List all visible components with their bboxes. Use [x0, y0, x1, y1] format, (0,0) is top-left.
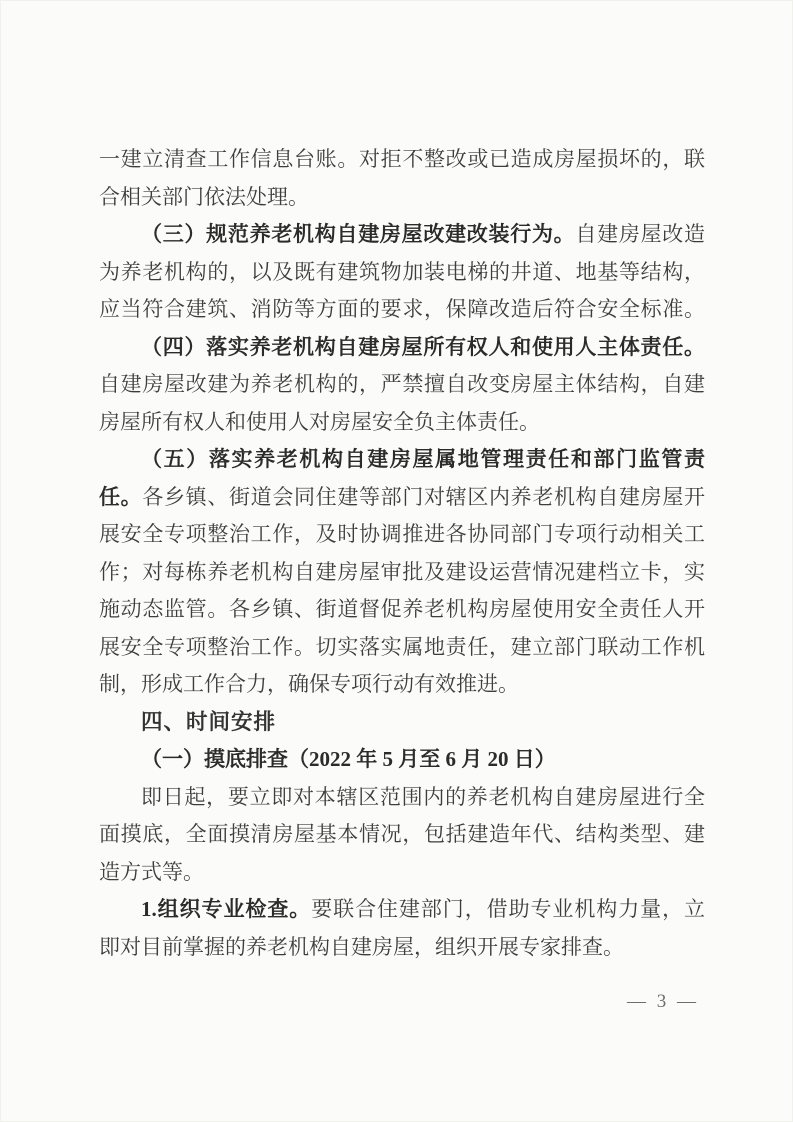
bold-text-segment: （三）规范养老机构自建房屋改建改装行为。: [141, 222, 575, 246]
document-page: 一建立清查工作信息台账。对拒不整改或已造成房屋损坏的，联合相关部门依法处理。（三…: [0, 0, 793, 1122]
text-line: （四）落实养老机构自建房屋所有权人和使用人主体责任。: [99, 329, 705, 367]
bold-text-segment: （一）摸底排查（2022 年 5 月至 6 月 20 日）: [141, 747, 556, 771]
text-segment: 面摸底，全面摸清房屋基本情况，包括建造年代、结构类型、建: [99, 822, 705, 846]
bold-text-segment: （五）落实养老机构自建房屋属地管理责任和部门监管责: [141, 447, 705, 471]
text-segment: 为养老机构的，以及既有建筑物加装电梯的井道、地基等结构，: [99, 260, 705, 284]
text-segment: 展安全专项整治工作。切实落实属地责任，建立部门联动工作机: [99, 635, 705, 659]
text-segment: 即对目前掌握的养老机构自建房屋，组织开展专家排查。: [99, 935, 624, 959]
text-segment: 应当符合建筑、消防等方面的要求，保障改造后符合安全标准。: [99, 297, 705, 321]
text-segment: 要联合住建部门，借助专业机构力量，立: [311, 897, 705, 921]
text-line: 四、时间安排: [99, 704, 705, 742]
text-segment: 造方式等。: [99, 860, 204, 884]
text-line: 即日起，要立即对本辖区范围内的养老机构自建房屋进行全: [99, 779, 705, 817]
text-line: 展安全专项整治工作，及时协调推进各协同部门专项行动相关工: [99, 516, 705, 554]
text-line: 展安全专项整治工作。切实落实属地责任，建立部门联动工作机: [99, 629, 705, 667]
text-line: 施动态监管。各乡镇、街道督促养老机构房屋使用安全责任人开: [99, 591, 705, 629]
text-line: （三）规范养老机构自建房屋改建改装行为。自建房屋改造: [99, 216, 705, 254]
text-segment: 四、时间安排: [141, 710, 276, 735]
text-line: 造方式等。: [99, 854, 705, 892]
text-line: 一建立清查工作信息台账。对拒不整改或已造成房屋损坏的，联: [99, 141, 705, 179]
text-segment: 即日起，要立即对本辖区范围内的养老机构自建房屋进行全: [141, 785, 705, 809]
text-line: 合相关部门依法处理。: [99, 179, 705, 217]
text-line: 即对目前掌握的养老机构自建房屋，组织开展专家排查。: [99, 929, 705, 967]
bold-text-segment: 任。: [99, 485, 142, 509]
bold-text-segment: （四）落实养老机构自建房屋所有权人和使用人主体责任。: [141, 335, 705, 359]
text-line: 制，形成工作合力，确保专项行动有效推进。: [99, 666, 705, 704]
text-segment: 一建立清查工作信息台账。对拒不整改或已造成房屋损坏的，联: [99, 147, 705, 171]
text-line: 作；对每栋养老机构自建房屋审批及建设运营情况建档立卡，实: [99, 554, 705, 592]
text-segment: 展安全专项整治工作，及时协调推进各协同部门专项行动相关工: [99, 522, 705, 546]
text-line: 任。各乡镇、街道会同住建等部门对辖区内养老机构自建房屋开: [99, 479, 705, 517]
text-segment: 合相关部门依法处理。: [99, 185, 309, 209]
text-segment: 作；对每栋养老机构自建房屋审批及建设运营情况建档立卡，实: [99, 560, 705, 584]
text-segment: 各乡镇、街道会同住建等部门对辖区内养老机构自建房屋开: [142, 485, 705, 509]
text-line: 面摸底，全面摸清房屋基本情况，包括建造年代、结构类型、建: [99, 816, 705, 854]
text-segment: 自建房屋改建为养老机构的，严禁擅自改变房屋主体结构，自建: [99, 372, 705, 396]
bold-text-segment: 1.组织专业检查。: [141, 897, 311, 921]
text-line: （一）摸底排查（2022 年 5 月至 6 月 20 日）: [99, 741, 705, 779]
text-line: （五）落实养老机构自建房屋属地管理责任和部门监管责: [99, 441, 705, 479]
document-body: 一建立清查工作信息台账。对拒不整改或已造成房屋损坏的，联合相关部门依法处理。（三…: [99, 141, 705, 966]
text-segment: 房屋所有权人和使用人对房屋安全负主体责任。: [99, 410, 540, 434]
text-line: 自建房屋改建为养老机构的，严禁擅自改变房屋主体结构，自建: [99, 366, 705, 404]
text-line: 应当符合建筑、消防等方面的要求，保障改造后符合安全标准。: [99, 291, 705, 329]
text-segment: 自建房屋改造: [575, 222, 705, 246]
text-line: 1.组织专业检查。要联合住建部门，借助专业机构力量，立: [99, 891, 705, 929]
text-line: 房屋所有权人和使用人对房屋安全负主体责任。: [99, 404, 705, 442]
text-segment: 制，形成工作合力，确保专项行动有效推进。: [99, 672, 519, 696]
text-segment: 施动态监管。各乡镇、街道督促养老机构房屋使用安全责任人开: [99, 597, 705, 621]
page-number: — 3 —: [627, 991, 699, 1013]
text-line: 为养老机构的，以及既有建筑物加装电梯的井道、地基等结构，: [99, 254, 705, 292]
